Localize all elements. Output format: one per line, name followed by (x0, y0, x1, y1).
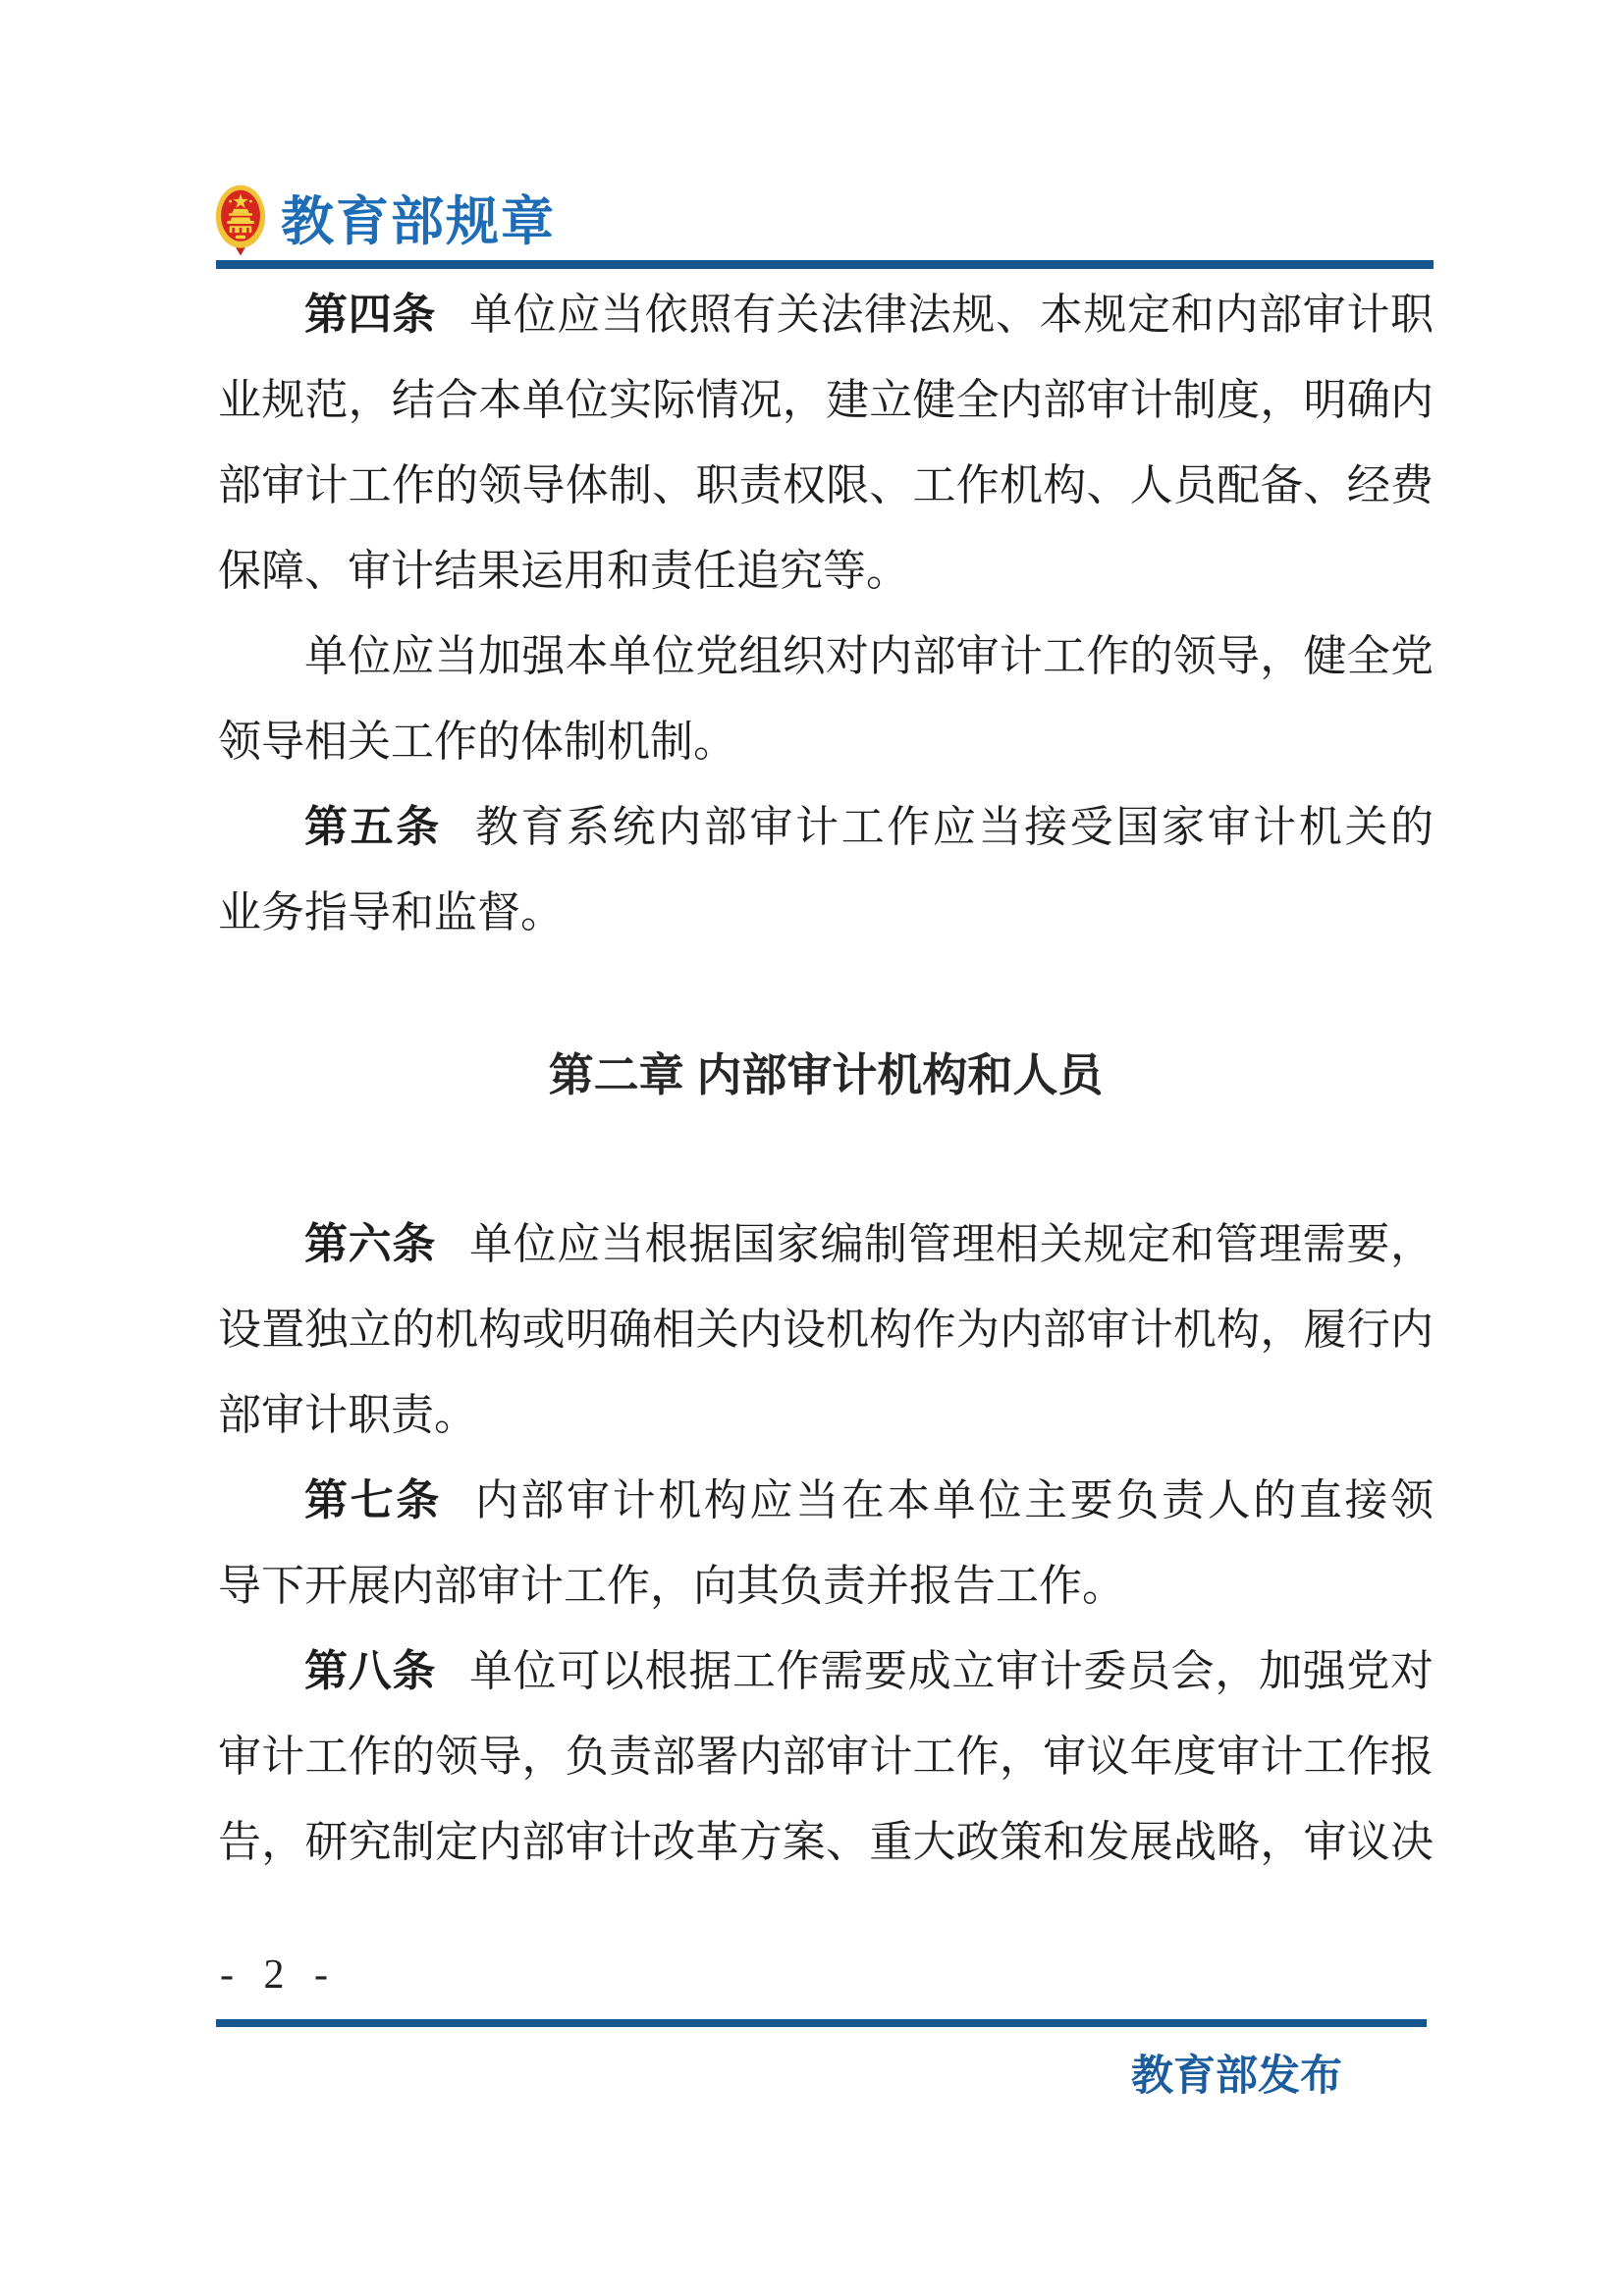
article-number: 第四条 (304, 291, 436, 339)
body-line: 第七条内部审计机构应当在本单位主要负责人的直接领 (218, 1458, 1434, 1543)
publisher-label: 教育部发布 (1131, 2052, 1342, 2103)
article-number: 第七条 (304, 1476, 442, 1524)
page-number: - 2 - (220, 1951, 338, 1999)
body-line-text: 单位应当根据国家编制管理相关规定和管理需要， (469, 1220, 1434, 1268)
body-line-text: 教育系统内部审计工作应当接受国家审计机关的 (475, 803, 1434, 851)
page-title: 教育部规章 (281, 192, 556, 251)
body-line-text: 设置独立的机构或明确相关内设机构作为内部审计机构，履行内 (218, 1306, 1434, 1354)
body-line-text: 审计工作的领导，负责部署内部审计工作，审议年度审计工作报 (218, 1733, 1434, 1781)
body-line-text: 单位应当加强本单位党组织对内部审计工作的领导，健全党 (304, 632, 1434, 680)
body-line: 告，研究制定内部审计改革方案、重大政策和发展战略，审议决 (218, 1799, 1434, 1885)
body-line: 导下开展内部审计工作，向其负责并报告工作。 (218, 1543, 1434, 1629)
document-page: 教育部规章 第四条单位应当依照有关法律法规、本规定和内部审计职业规范，结合本单位… (0, 0, 1624, 2296)
body-line: 第八条单位可以根据工作需要成立审计委员会，加强党对 (218, 1629, 1434, 1714)
body-line: 审计工作的领导，负责部署内部审计工作，审议年度审计工作报 (218, 1714, 1434, 1799)
body-line: 领导相关工作的体制机制。 (218, 699, 1434, 784)
article-number: 第五条 (304, 803, 442, 851)
body-text: 第四条单位应当依照有关法律法规、本规定和内部审计职业规范，结合本单位实际情况，建… (218, 272, 1434, 1885)
body-line-text: 部审计工作的领导体制、职责权限、工作机构、人员配备、经费 (218, 461, 1434, 509)
body-line: 第五条教育系统内部审计工作应当接受国家审计机关的 (218, 784, 1434, 870)
china-national-emblem-icon (215, 183, 266, 259)
body-line-text: 告，研究制定内部审计改革方案、重大政策和发展战略，审议决 (218, 1818, 1434, 1866)
body-line: 业规范，结合本单位实际情况，建立健全内部审计制度，明确内 (218, 357, 1434, 443)
body-line-text: 内部审计机构应当在本单位主要负责人的直接领 (475, 1476, 1434, 1524)
header-divider (216, 260, 1434, 269)
body-line: 部审计工作的领导体制、职责权限、工作机构、人员配备、经费 (218, 443, 1434, 528)
body-line: 部审计职责。 (218, 1372, 1434, 1458)
body-line-text: 单位应当依照有关法律法规、本规定和内部审计职 (469, 291, 1434, 339)
body-line-text: 保障、审计结果运用和责任追究等。 (218, 547, 909, 595)
body-line-text: 导下开展内部审计工作，向其负责并报告工作。 (218, 1562, 1125, 1610)
body-line: 保障、审计结果运用和责任追究等。 (218, 528, 1434, 614)
body-line-text: 单位可以根据工作需要成立审计委员会，加强党对 (469, 1647, 1434, 1695)
body-line-text: 业规范，结合本单位实际情况，建立健全内部审计制度，明确内 (218, 376, 1434, 424)
footer-divider (216, 2019, 1427, 2027)
body-line: 设置独立的机构或明确相关内设机构作为内部审计机构，履行内 (218, 1287, 1434, 1372)
body-line-text: 业务指导和监督。 (218, 888, 564, 936)
body-line-text: 部审计职责。 (218, 1391, 477, 1439)
body-line: 第四条单位应当依照有关法律法规、本规定和内部审计职 (218, 272, 1434, 357)
article-number: 第八条 (304, 1647, 436, 1695)
body-line: 单位应当加强本单位党组织对内部审计工作的领导，健全党 (218, 614, 1434, 699)
chapter-heading: 第二章 内部审计机构和人员 (218, 1033, 1434, 1118)
body-line-text: 领导相关工作的体制机制。 (218, 718, 736, 766)
article-number: 第六条 (304, 1220, 436, 1268)
body-line: 第六条单位应当根据国家编制管理相关规定和管理需要， (218, 1201, 1434, 1287)
body-line: 业务指导和监督。 (218, 870, 1434, 955)
